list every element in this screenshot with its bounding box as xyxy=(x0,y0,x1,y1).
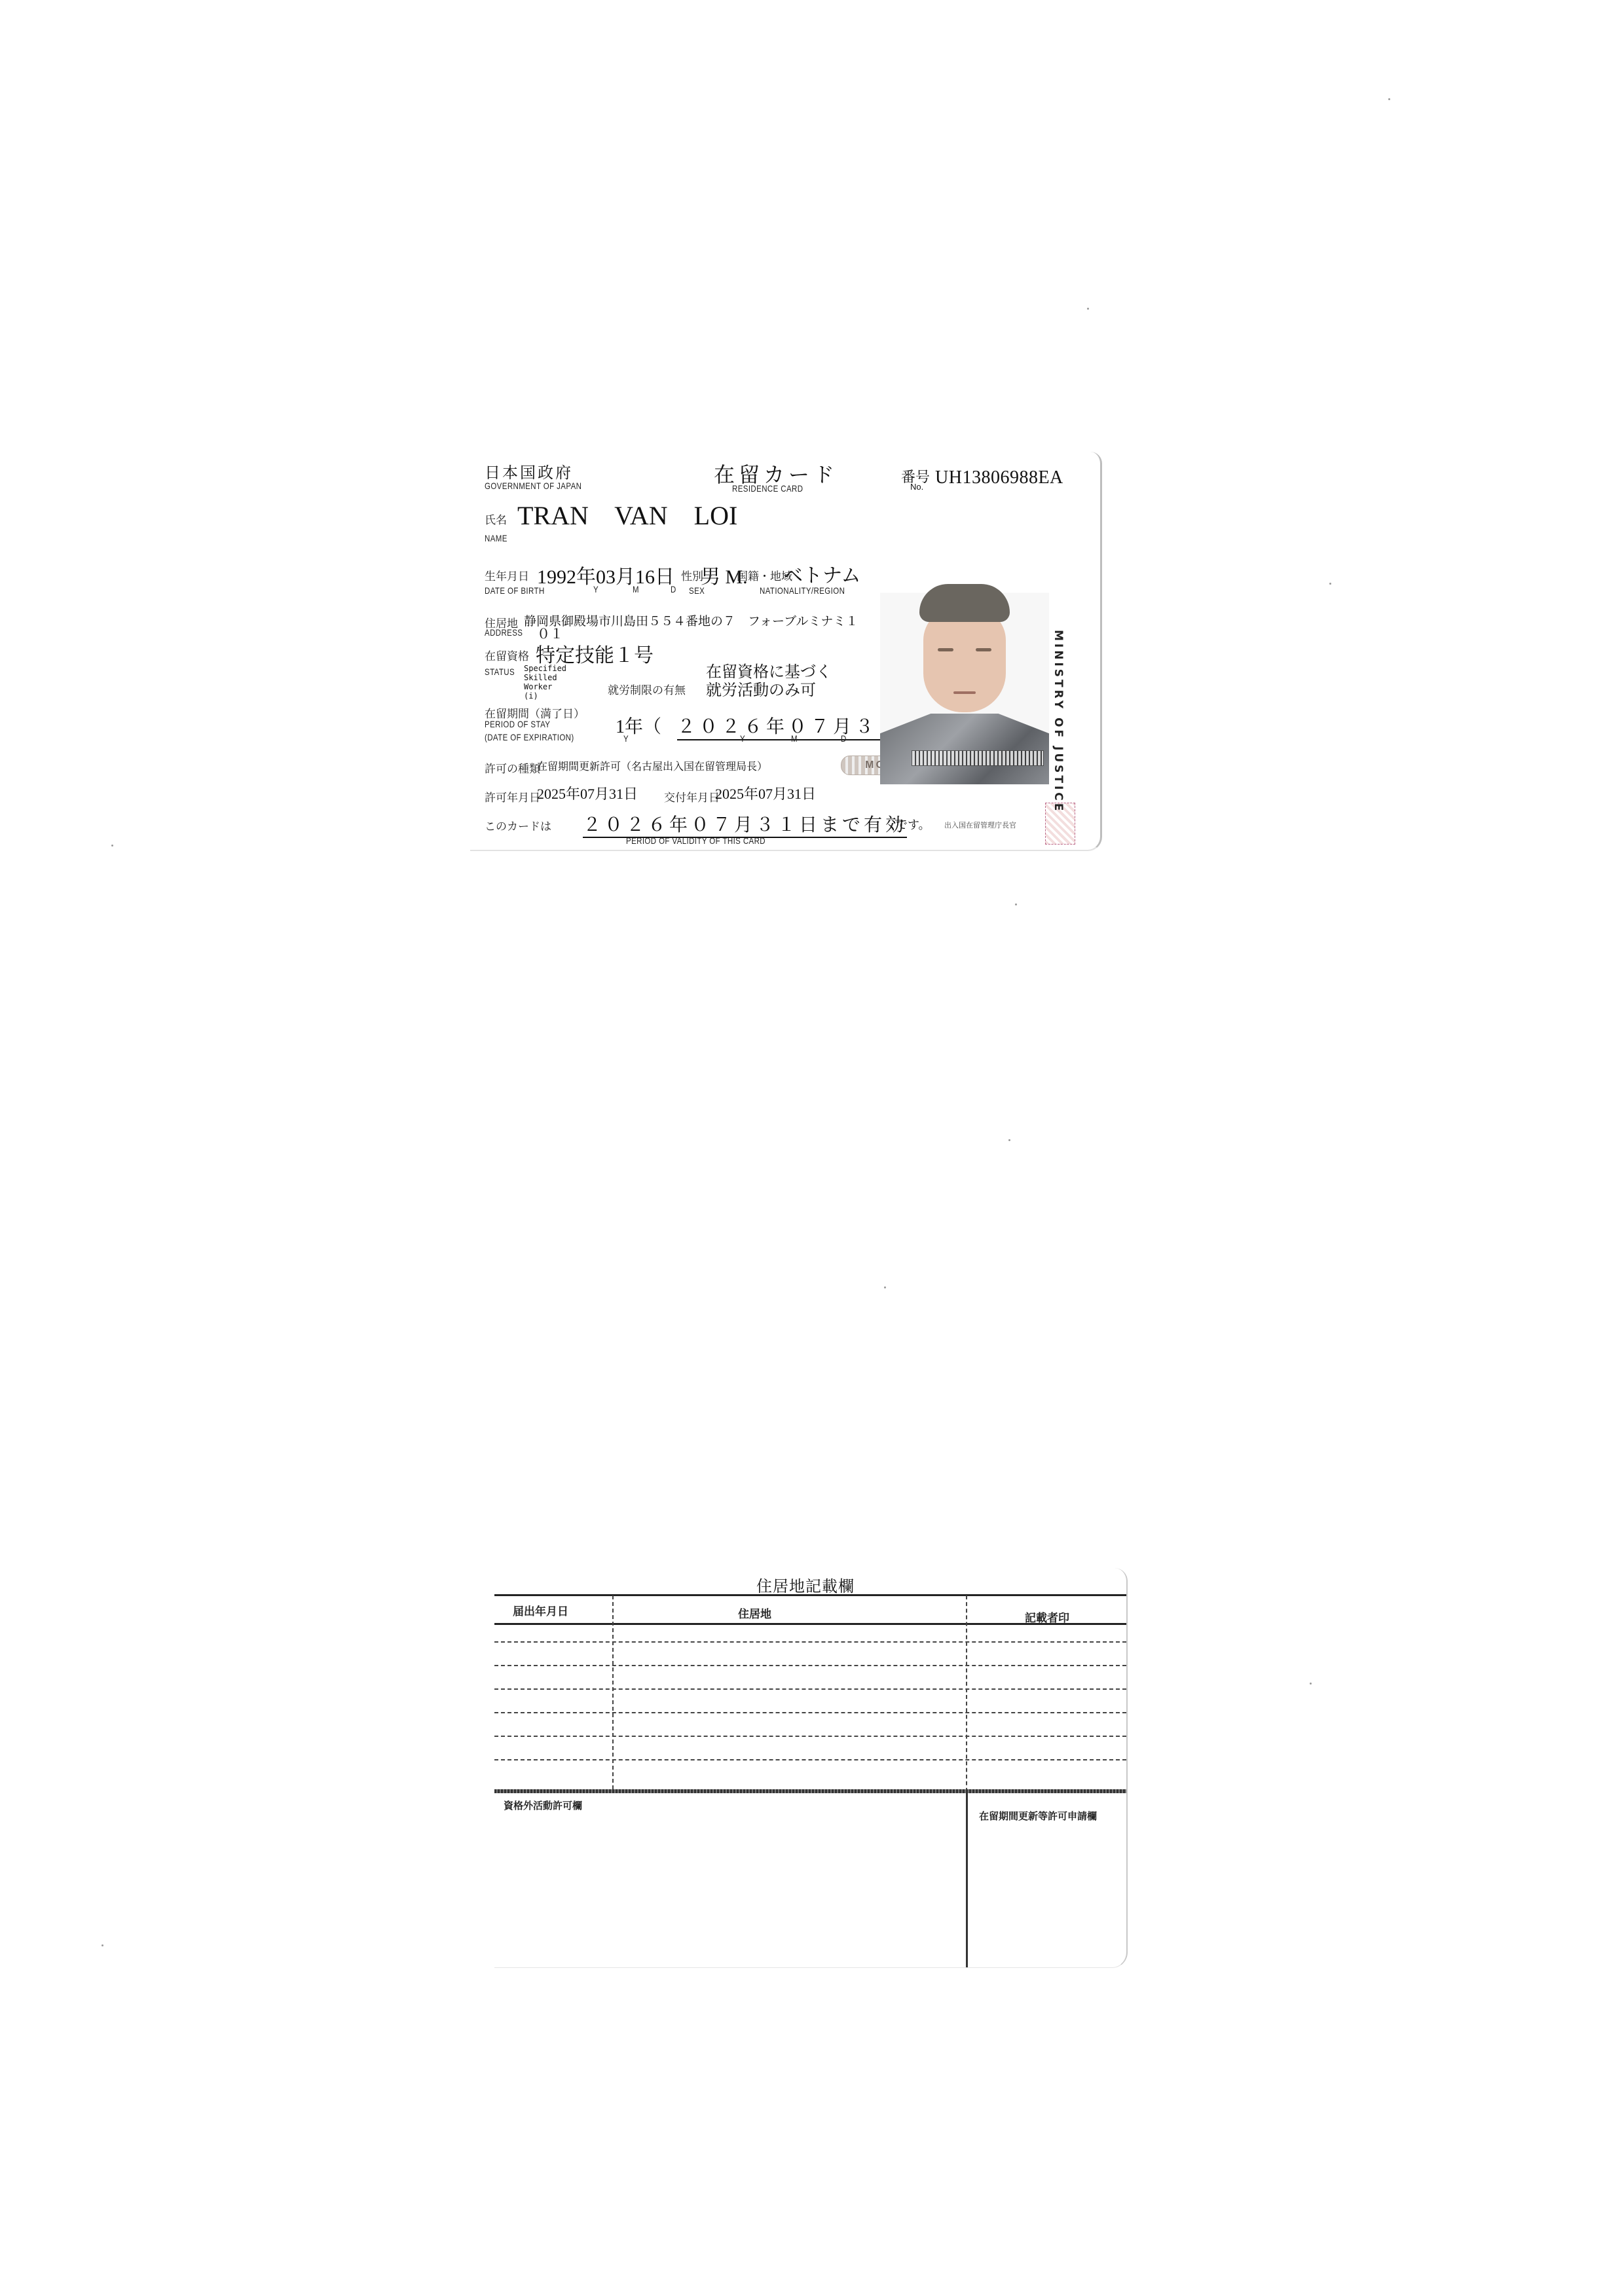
status-value-en: Specified Skilled Worker (i) xyxy=(524,664,566,701)
expiration-y-marker: Y xyxy=(740,733,745,744)
period-label-en: PERIOD OF STAY xyxy=(485,719,550,729)
work-restriction-value: 在留資格に基づく 就労活動のみ可 xyxy=(706,663,832,699)
photo-mouth xyxy=(953,691,976,694)
scan-speck xyxy=(1310,1683,1312,1685)
name-label: 氏名 xyxy=(485,511,507,527)
sex-label: 性別 xyxy=(681,567,703,583)
photo-hair xyxy=(919,584,1010,622)
validity-label: このカードは xyxy=(485,817,551,833)
scan-speck xyxy=(1087,308,1089,310)
birth-m-marker: M xyxy=(633,584,639,594)
issuer-en: GOVERNMENT OF JAPAN xyxy=(485,481,581,491)
expiration-d-marker: D xyxy=(841,733,847,744)
section-divider xyxy=(494,1789,1126,1793)
column-header-address: 住居地 xyxy=(738,1605,771,1621)
seal-caption: 出入国在留管理庁長官 xyxy=(944,820,1016,830)
table-row-line xyxy=(494,1712,1126,1713)
permit-date-label: 許可年月日 xyxy=(485,788,540,805)
address-record-title: 住居地記載欄 xyxy=(756,1573,855,1596)
column-divider xyxy=(966,1595,967,1798)
table-top-border xyxy=(494,1594,1126,1596)
table-row-line xyxy=(494,1736,1126,1737)
name-value: TRAN VAN LOI xyxy=(517,500,737,531)
photo-hologram-icon xyxy=(912,750,1044,766)
photo-face xyxy=(923,608,1006,712)
birth-value: 1992年03月16日 xyxy=(537,560,674,589)
table-row-line xyxy=(494,1665,1126,1666)
permit-date-value: 2025年07月31日 xyxy=(537,783,638,803)
scan-speck xyxy=(111,845,113,847)
nationality-label-en: NATIONALITY/REGION xyxy=(760,585,845,596)
period-y-marker: Y xyxy=(623,733,629,744)
residence-card-back: 住居地記載欄 届出年月日 住居地 記載者印 資格外活動許可欄 在留期間更新等許可… xyxy=(494,1568,1128,1968)
extra-activity-permit-label: 資格外活動許可欄 xyxy=(504,1798,582,1812)
scan-speck xyxy=(1329,583,1331,585)
address-value-line1: 静岡県御殿場市川島田５５４番地の７ フォーブルミナミ１ xyxy=(524,611,858,629)
scan-speck xyxy=(1388,98,1390,100)
scan-speck xyxy=(1015,903,1017,905)
validity-label-en: PERIOD OF VALIDITY OF THIS CARD xyxy=(626,835,766,846)
card-number: UH13806988EA xyxy=(935,467,1063,488)
validity-value: ２０２６年０７月３１日まで有効 xyxy=(583,811,907,838)
status-label-en: STATUS xyxy=(485,666,515,677)
address-label-en: ADDRESS xyxy=(485,627,523,638)
header-bottom-border xyxy=(494,1623,1126,1625)
scan-speck xyxy=(1008,1139,1010,1141)
ministry-side-text: MINISTRY OF JUSTICE xyxy=(1052,630,1065,813)
issue-date-value: 2025年07月31日 xyxy=(715,783,816,803)
column-header-date: 届出年月日 xyxy=(513,1602,568,1618)
validity-suffix: です。 xyxy=(896,816,931,833)
expiration-m-marker: M xyxy=(791,733,798,744)
period-value: 1年（ xyxy=(616,712,661,738)
holder-photo xyxy=(880,576,1049,784)
sex-label-en: SEX xyxy=(689,585,705,596)
permit-type-label: 許可の種類 xyxy=(485,759,540,776)
expiration-label-en: (DATE OF EXPIRATION) xyxy=(485,732,574,742)
photo-shirt xyxy=(880,714,1049,784)
name-label-en: NAME xyxy=(485,533,507,543)
table-row-line xyxy=(494,1759,1126,1760)
work-restriction-label: 就労制限の有無 xyxy=(608,681,686,697)
birth-d-marker: D xyxy=(671,584,676,594)
birth-y-marker: Y xyxy=(593,584,599,594)
card-number-label-en: No. xyxy=(910,482,923,492)
table-row-line xyxy=(494,1641,1126,1643)
nationality-value: ベトナム xyxy=(783,559,861,588)
issuer-jp: 日本国政府 xyxy=(485,460,573,483)
status-label: 在留資格 xyxy=(485,647,529,663)
residence-card-front: 日本国政府 GOVERNMENT OF JAPAN 在留カード RESIDENC… xyxy=(470,452,1102,851)
table-row-line xyxy=(494,1688,1126,1690)
birth-label: 生年月日 xyxy=(485,567,529,583)
birth-label-en: DATE OF BIRTH xyxy=(485,585,545,596)
card-title-en: RESIDENCE CARD xyxy=(732,483,803,494)
extension-application-label: 在留期間更新等許可申請欄 xyxy=(979,1809,1097,1823)
photo-eye xyxy=(976,648,991,651)
permit-type-value: 在留期間更新許可（名古屋出入国在留管理局長） xyxy=(537,758,767,773)
photo-eye xyxy=(938,648,953,651)
issue-date-label: 交付年月日 xyxy=(664,788,720,805)
section-vertical-divider xyxy=(966,1793,968,1967)
scan-speck xyxy=(884,1286,886,1288)
scan-speck xyxy=(101,1944,103,1946)
